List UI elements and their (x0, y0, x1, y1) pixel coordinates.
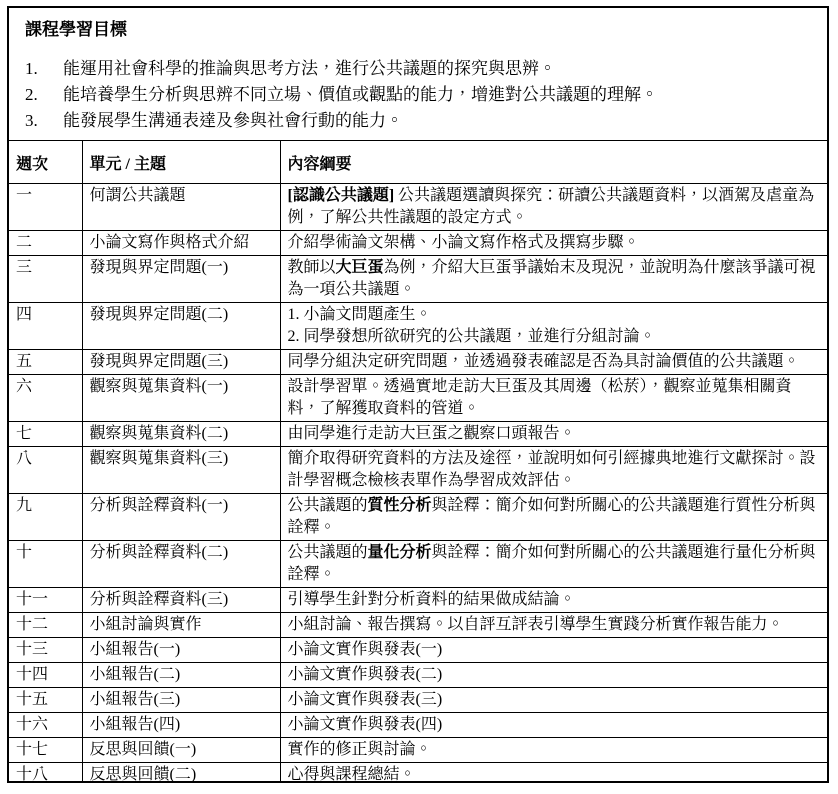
table-row: 八觀察與蒐集資料(三)簡介取得研究資料的方法及途徑，並說明如何引經據典地進行文獻… (9, 447, 827, 494)
table-row: 十分析與詮釋資料(二)公共議題的量化分析與詮釋：簡介如何對所關心的公共議題進行量… (9, 541, 827, 588)
content-paragraph: 1. 小論文問題產生。 (288, 304, 821, 326)
content-paragraph: 心得與課程總結。 (288, 764, 821, 783)
content-paragraph: 引導學生針對分析資料的結果做成結論。 (288, 589, 821, 611)
table-row: 十八反思與回饋(二)心得與課程總結。 (9, 763, 827, 784)
topic-cell: 小組報告(二) (82, 663, 280, 688)
syllabus-table: 週次 單元 / 主題 內容綱要 一何謂公共議題[認識公共議題] 公共議題選讀與探… (9, 140, 827, 783)
content-paragraph: 小論文實作與發表(一) (288, 639, 821, 661)
table-row: 十五小組報告(三)小論文實作與發表(三) (9, 688, 827, 713)
content-cell: 小論文實作與發表(二) (280, 663, 827, 688)
topic-cell: 反思與回饋(一) (82, 738, 280, 763)
objective-text: 能運用社會科學的推論與思考方法，進行公共議題的探究與思辨。 (63, 56, 556, 82)
topic-cell: 發現與界定問題(三) (82, 350, 280, 375)
content-cell: 設計學習單。透過實地走訪大巨蛋及其周邊（松菸），觀察並蒐集相關資料，了解獲取資料… (280, 375, 827, 422)
content-cell: 介紹學術論文架構、小論文寫作格式及撰寫步驟。 (280, 231, 827, 256)
table-row: 十六小組報告(四)小論文實作與發表(四) (9, 713, 827, 738)
content-paragraph: 小組討論、報告撰寫。以自評互評表引導學生實踐分析實作報告能力。 (288, 614, 821, 636)
topic-cell: 何謂公共議題 (82, 184, 280, 231)
topic-cell: 觀察與蒐集資料(三) (82, 447, 280, 494)
objective-number: 2. (25, 82, 63, 108)
content-cell: 小論文實作與發表(一) (280, 638, 827, 663)
week-cell: 八 (9, 447, 82, 494)
table-row: 十一分析與詮釋資料(三)引導學生針對分析資料的結果做成結論。 (9, 588, 827, 613)
table-row: 十二小組討論與實作小組討論、報告撰寫。以自評互評表引導學生實踐分析實作報告能力。 (9, 613, 827, 638)
week-cell: 二 (9, 231, 82, 256)
objective-text: 能培養學生分析與思辨不同立場、價值或觀點的能力，增進對公共議題的理解。 (63, 82, 658, 108)
week-cell: 六 (9, 375, 82, 422)
content-paragraph: 教師以大巨蛋為例，介紹大巨蛋爭議始末及現況，並說明為什麼該爭議可視為一項公共議題… (288, 257, 821, 301)
table-row: 三發現與界定問題(一)教師以大巨蛋為例，介紹大巨蛋爭議始末及現況，並說明為什麼該… (9, 256, 827, 303)
objectives-list: 1. 能運用社會科學的推論與思考方法，進行公共議題的探究與思辨。 2. 能培養學… (25, 56, 809, 134)
table-row: 六觀察與蒐集資料(一)設計學習單。透過實地走訪大巨蛋及其周邊（松菸），觀察並蒐集… (9, 375, 827, 422)
content-cell: 由同學進行走訪大巨蛋之觀察口頭報告。 (280, 422, 827, 447)
syllabus-table-body: 一何謂公共議題[認識公共議題] 公共議題選讀與探究：研讀公共議題資料，以酒駕及虐… (9, 184, 827, 784)
table-row: 二小論文寫作與格式介紹介紹學術論文架構、小論文寫作格式及撰寫步驟。 (9, 231, 827, 256)
content-cell: 公共議題的質性分析與詮釋：簡介如何對所關心的公共議題進行質性分析與詮釋。 (280, 494, 827, 541)
objective-number: 3. (25, 108, 63, 134)
document-page: 課程學習目標 1. 能運用社會科學的推論與思考方法，進行公共議題的探究與思辨。 … (0, 0, 838, 794)
objective-text: 能發展學生溝通表達及參與社會行動的能力。 (63, 108, 403, 134)
topic-cell: 發現與界定問題(二) (82, 303, 280, 350)
course-objectives-section: 課程學習目標 1. 能運用社會科學的推論與思考方法，進行公共議題的探究與思辨。 … (9, 8, 827, 140)
content-cell: 公共議題的量化分析與詮釋：簡介如何對所關心的公共議題進行量化分析與詮釋。 (280, 541, 827, 588)
week-cell: 四 (9, 303, 82, 350)
content-cell: [認識公共議題] 公共議題選讀與探究：研讀公共議題資料，以酒駕及虐童為例，了解公… (280, 184, 827, 231)
table-row: 十三小組報告(一)小論文實作與發表(一) (9, 638, 827, 663)
content-paragraph: 公共議題的量化分析與詮釋：簡介如何對所關心的公共議題進行量化分析與詮釋。 (288, 542, 821, 586)
document-border-frame: 課程學習目標 1. 能運用社會科學的推論與思考方法，進行公共議題的探究與思辨。 … (7, 6, 829, 783)
table-row: 七觀察與蒐集資料(二)由同學進行走訪大巨蛋之觀察口頭報告。 (9, 422, 827, 447)
topic-cell: 分析與詮釋資料(二) (82, 541, 280, 588)
objective-item: 2. 能培養學生分析與思辨不同立場、價值或觀點的能力，增進對公共議題的理解。 (25, 82, 809, 108)
content-cell: 簡介取得研究資料的方法及途徑，並說明如何引經據典地進行文獻探討。設計學習概念檢核… (280, 447, 827, 494)
content-cell: 引導學生針對分析資料的結果做成結論。 (280, 588, 827, 613)
topic-cell: 小組報告(一) (82, 638, 280, 663)
objective-number: 1. (25, 56, 63, 82)
week-cell: 九 (9, 494, 82, 541)
week-cell: 五 (9, 350, 82, 375)
content-cell: 教師以大巨蛋為例，介紹大巨蛋爭議始末及現況，並說明為什麼該爭議可視為一項公共議題… (280, 256, 827, 303)
column-header-content: 內容綱要 (280, 141, 827, 184)
content-cell: 1. 小論文問題產生。2. 同學發想所欲研究的公共議題，並進行分組討論。 (280, 303, 827, 350)
content-paragraph: 設計學習單。透過實地走訪大巨蛋及其周邊（松菸），觀察並蒐集相關資料，了解獲取資料… (288, 376, 821, 420)
objectives-title: 課程學習目標 (25, 19, 809, 41)
objective-item: 3. 能發展學生溝通表達及參與社會行動的能力。 (25, 108, 809, 134)
table-row: 一何謂公共議題[認識公共議題] 公共議題選讀與探究：研讀公共議題資料，以酒駕及虐… (9, 184, 827, 231)
table-row: 四發現與界定問題(二)1. 小論文問題產生。2. 同學發想所欲研究的公共議題，並… (9, 303, 827, 350)
content-paragraph: 實作的修正與討論。 (288, 739, 821, 761)
week-cell: 十六 (9, 713, 82, 738)
content-cell: 小組討論、報告撰寫。以自評互評表引導學生實踐分析實作報告能力。 (280, 613, 827, 638)
content-cell: 心得與課程總結。 (280, 763, 827, 784)
table-row: 九分析與詮釋資料(一)公共議題的質性分析與詮釋：簡介如何對所關心的公共議題進行質… (9, 494, 827, 541)
week-cell: 十七 (9, 738, 82, 763)
topic-cell: 反思與回饋(二) (82, 763, 280, 784)
week-cell: 三 (9, 256, 82, 303)
week-cell: 十五 (9, 688, 82, 713)
syllabus-table-head: 週次 單元 / 主題 內容綱要 (9, 141, 827, 184)
week-cell: 十三 (9, 638, 82, 663)
content-paragraph: [認識公共議題] 公共議題選讀與探究：研讀公共議題資料，以酒駕及虐童為例，了解公… (288, 185, 821, 229)
header-row: 週次 單元 / 主題 內容綱要 (9, 141, 827, 184)
content-paragraph: 由同學進行走訪大巨蛋之觀察口頭報告。 (288, 423, 821, 445)
table-row: 十四小組報告(二)小論文實作與發表(二) (9, 663, 827, 688)
week-cell: 十一 (9, 588, 82, 613)
week-cell: 一 (9, 184, 82, 231)
content-paragraph: 介紹學術論文架構、小論文寫作格式及撰寫步驟。 (288, 232, 821, 254)
content-paragraph: 公共議題的質性分析與詮釋：簡介如何對所關心的公共議題進行質性分析與詮釋。 (288, 495, 821, 539)
topic-cell: 小論文寫作與格式介紹 (82, 231, 280, 256)
content-cell: 實作的修正與討論。 (280, 738, 827, 763)
week-cell: 十四 (9, 663, 82, 688)
topic-cell: 分析與詮釋資料(三) (82, 588, 280, 613)
content-paragraph: 2. 同學發想所欲研究的公共議題，並進行分組討論。 (288, 326, 821, 348)
content-paragraph: 小論文實作與發表(三) (288, 689, 821, 711)
topic-cell: 小組討論與實作 (82, 613, 280, 638)
topic-cell: 觀察與蒐集資料(二) (82, 422, 280, 447)
topic-cell: 小組報告(三) (82, 688, 280, 713)
topic-cell: 小組報告(四) (82, 713, 280, 738)
table-row: 五發現與界定問題(三)同學分組決定研究問題，並透過發表確認是否為具討論價值的公共… (9, 350, 827, 375)
week-cell: 十二 (9, 613, 82, 638)
content-paragraph: 同學分組決定研究問題，並透過發表確認是否為具討論價值的公共議題。 (288, 351, 821, 373)
topic-cell: 發現與界定問題(一) (82, 256, 280, 303)
content-paragraph: 小論文實作與發表(四) (288, 714, 821, 736)
topic-cell: 觀察與蒐集資料(一) (82, 375, 280, 422)
column-header-week: 週次 (9, 141, 82, 184)
content-paragraph: 小論文實作與發表(二) (288, 664, 821, 686)
content-paragraph: 簡介取得研究資料的方法及途徑，並說明如何引經據典地進行文獻探討。設計學習概念檢核… (288, 448, 821, 492)
content-cell: 小論文實作與發表(四) (280, 713, 827, 738)
content-cell: 同學分組決定研究問題，並透過發表確認是否為具討論價值的公共議題。 (280, 350, 827, 375)
content-cell: 小論文實作與發表(三) (280, 688, 827, 713)
topic-cell: 分析與詮釋資料(一) (82, 494, 280, 541)
column-header-topic: 單元 / 主題 (82, 141, 280, 184)
week-cell: 七 (9, 422, 82, 447)
week-cell: 十 (9, 541, 82, 588)
table-row: 十七反思與回饋(一)實作的修正與討論。 (9, 738, 827, 763)
objective-item: 1. 能運用社會科學的推論與思考方法，進行公共議題的探究與思辨。 (25, 56, 809, 82)
week-cell: 十八 (9, 763, 82, 784)
